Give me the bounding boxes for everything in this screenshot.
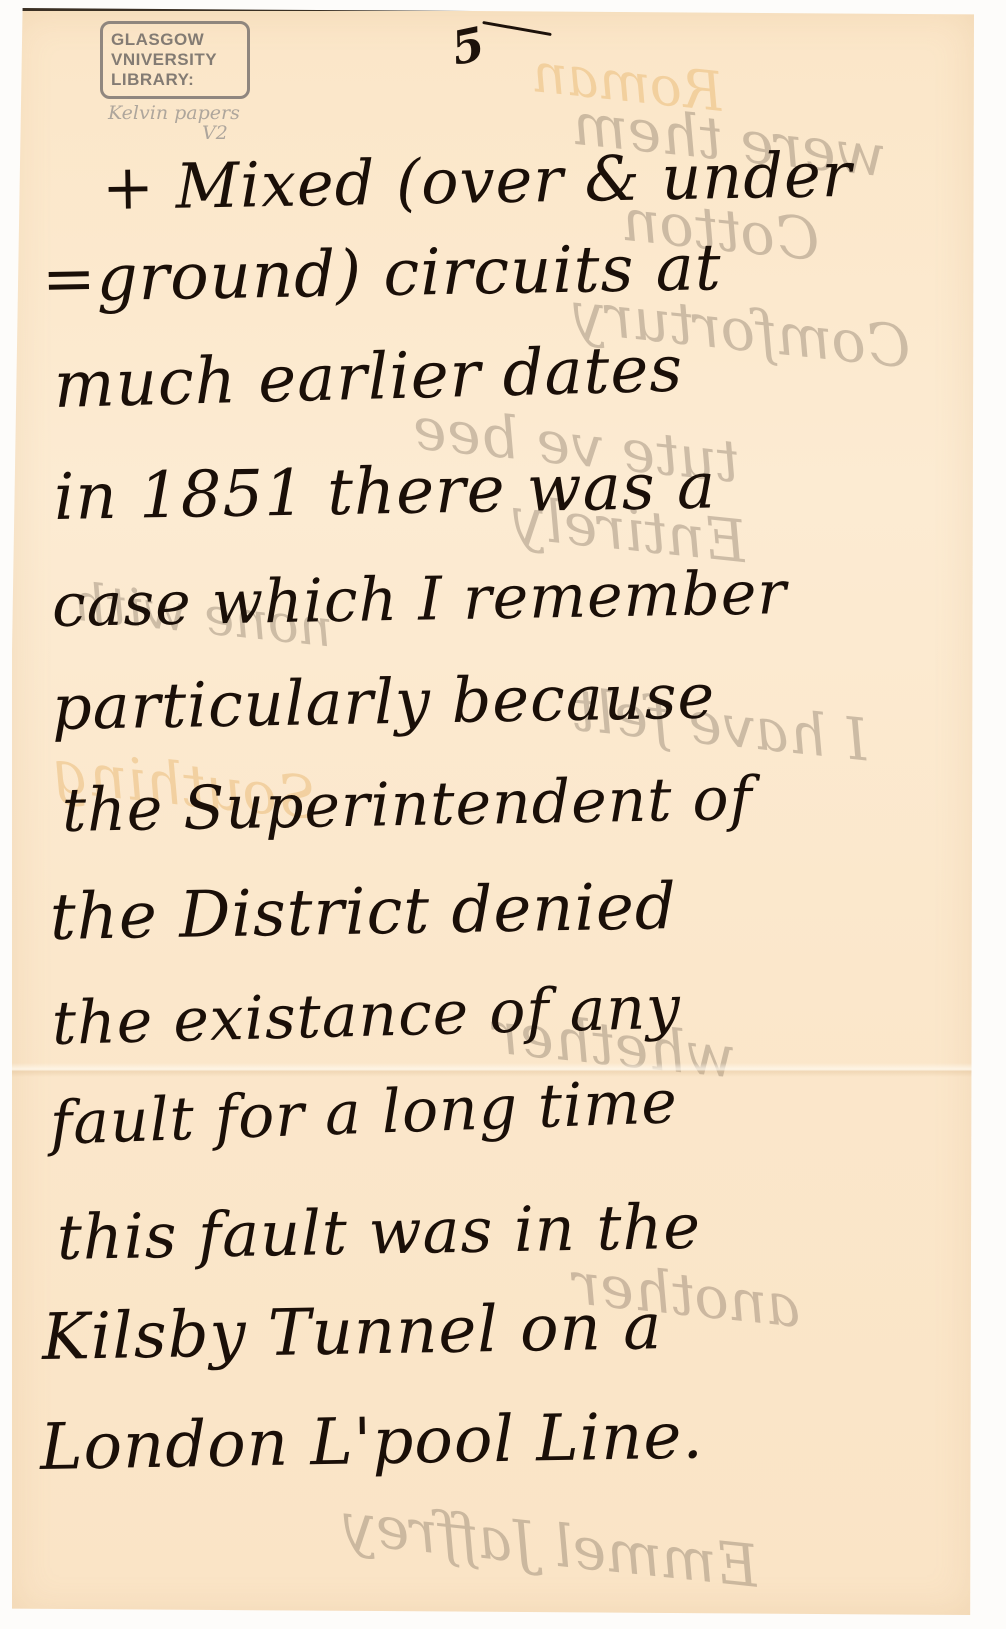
collection-label: Kelvin papers — [108, 102, 240, 124]
handwritten-line: this fault was in the — [56, 1190, 701, 1274]
handwritten-line: in 1851 there was a — [53, 449, 716, 535]
show-through-text: Emmel Jaffrey — [340, 1489, 762, 1600]
page-number: 5 — [447, 16, 490, 75]
handwritten-line: the Superintendent of — [61, 764, 753, 846]
show-through-text: Roman — [529, 41, 726, 124]
paper-sheet: were them Cotton Comfortury tute ve bee … — [12, 8, 974, 1615]
volume-label: V2 — [108, 123, 240, 143]
handwritten-line: particularly because — [51, 659, 715, 744]
archival-pencil-note: Kelvin papers V2 — [108, 103, 240, 143]
handwritten-line: London L'pool Line. — [39, 1399, 704, 1485]
handwritten-line: the existance of any — [51, 973, 682, 1059]
library-stamp: GLASGOW VNIVERSITY LIBRARY: — [100, 21, 250, 99]
handwritten-line: + Mixed (over & under — [101, 138, 853, 224]
handwritten-line: =ground) circuits at — [41, 231, 722, 317]
handwritten-line: much earlier dates — [53, 333, 684, 423]
handwritten-line: Kilsby Tunnel on a — [41, 1290, 663, 1375]
stamp-line: LIBRARY: — [111, 70, 247, 90]
handwritten-line: the District denied — [49, 870, 677, 955]
handwritten-line: fault for a long time — [49, 1067, 679, 1159]
stamp-line: GLASGOW — [111, 30, 247, 50]
handwritten-line: case which I remember — [51, 558, 787, 641]
document-scan: were them Cotton Comfortury tute ve bee … — [0, 0, 1006, 1629]
page-number-flourish — [482, 21, 551, 36]
stamp-line: VNIVERSITY — [111, 50, 247, 70]
